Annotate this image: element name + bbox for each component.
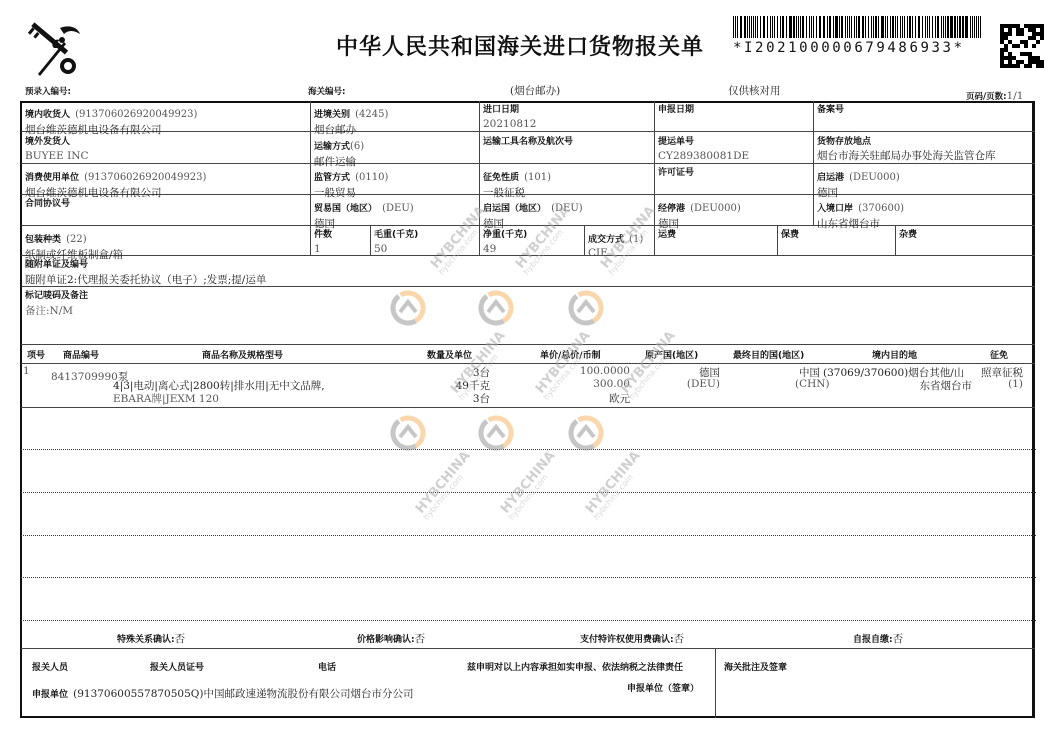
col-domestic-dest: 境内目的地 [872,348,917,361]
field-consumer: 消费使用单位 (913706026920049923) 烟台维茨德机电设备有限公… [25,165,206,200]
field-bill-no: 提运单号 CY289380081DE [658,134,749,162]
col-levy: 征免 [990,348,1008,361]
verify-note: 仅供核对用 [728,83,781,98]
field-insurance: 保费 [781,227,799,240]
total-price: 300.00 [560,378,630,390]
field-storage: 货物存放地点 烟台市海关驻邮局办事处海关监管仓库 [817,134,996,163]
consumer-code: (913706026920049923) [84,172,206,183]
field-contract-no: 合同协议号 [25,196,70,209]
consignee-code: (913706026920049923) [75,109,197,120]
field-entry-port: 入境口岸 (370600) 山东省烟台市 [817,196,904,231]
confirm-special-relation: 特殊关系确认:否 [117,627,185,646]
currency: 欧元 [560,391,630,406]
col-hs-code: 商品编号 [63,348,99,361]
phone-label: 电话 [318,660,336,673]
customs-office: (烟台邮办) [510,83,560,98]
field-import-date: 进口日期 20210812 [483,102,536,130]
domestic-dest-2: 东省烟台市 [880,378,972,393]
unit-price: 100.0000 [560,365,630,377]
field-gross-weight: 毛重(千克) 50 [374,227,418,255]
field-record-no: 备案号 [817,102,844,115]
field-consignor: 境外发货人 BUYEE INC [25,134,89,162]
field-marks: 标记唛码及备注 备注:N/M [25,288,88,318]
goods-spec-2: EBARA牌|JEXM 120 [113,391,219,406]
declare-unit: 申报单位 (91370600557870505Q)中国邮政速递物流股份有限公司烟… [32,682,413,701]
field-deal-mode: 成交方式 (1) CIF [588,227,643,259]
field-origin-country: 启运国（地区） (DEU) 德国 [483,196,583,231]
col-item-no: 项号 [27,348,45,361]
field-net-weight: 净重(千克) 49 [483,227,527,255]
qr-code-icon [1000,24,1044,68]
origin-code: (DEU) [670,378,720,390]
page-title: 中华人民共和国海关进口货物报关单 [336,30,704,61]
field-declare-date: 申报日期 [658,102,694,115]
confirm-price-influence: 价格影响确认:否 [357,627,425,646]
pre-entry-no-label: 预录入编号: [25,85,71,97]
field-license-no: 许可证号 [658,165,694,178]
col-name-spec: 商品名称及规格型号 [202,348,283,361]
confirm-royalty: 支付特许权使用费确认:否 [580,627,684,646]
field-transport-mode: 运输方式(6) 邮件运输 [314,134,364,169]
levy-code: (1) [960,378,1023,390]
barcode-text: *I202100000679486933* [733,40,983,56]
field-pieces: 件数 1 [314,227,332,255]
field-trade-country: 贸易国（地区） (DEU) 德国 [314,196,414,231]
barcode: *I202100000679486933* [733,16,983,56]
confirm-self-pay: 自报自缴:否 [853,627,903,646]
field-consignee: 境内收货人 (913706026920049923) 烟台维茨德机电设备有限公司 [25,102,197,137]
qty-3: 3台 [440,391,490,406]
field-vehicle: 运输工具名称及航次号 [483,134,573,147]
declaration-statement: 兹申明对以上内容承担如实申报、依法纳税之法律责任 [467,660,683,673]
seal-label: 申报单位（签章） [627,681,699,694]
customs-emblem-icon [24,20,82,78]
declarant-label: 报关人员 [32,660,68,673]
customs-no-label: 海关编号: [308,85,345,97]
hs-code: 8413709990 [51,371,118,383]
field-freight: 运费 [658,227,676,240]
field-attached-docs: 随附单证及编号 随附单证2:代理报关委托协议（电子）;发票;提/运单 [25,257,266,287]
col-final-dest: 最终目的国(地区) [733,348,804,361]
col-qty-unit: 数量及单位 [427,348,472,361]
field-misc-fee: 杂费 [899,227,917,240]
declarant-cert-label: 报关人员证号 [150,660,204,673]
col-origin: 原产国(地区) [645,348,698,361]
field-entry-customs: 进境关别 (4245) 烟台邮办 [314,102,388,137]
field-stop-port: 经停港 (DEU000) 德国 [658,196,741,231]
customs-note-label: 海关批注及签章 [724,660,787,673]
col-price: 单价/总价/币制 [540,348,601,361]
field-levy-nature: 征免性质 (101) 一般征税 [483,165,551,200]
field-supervision: 监管方式 (0110) 一般贸易 [314,165,388,200]
field-departure-port: 启运港 (DEU000) 德国 [817,165,900,200]
